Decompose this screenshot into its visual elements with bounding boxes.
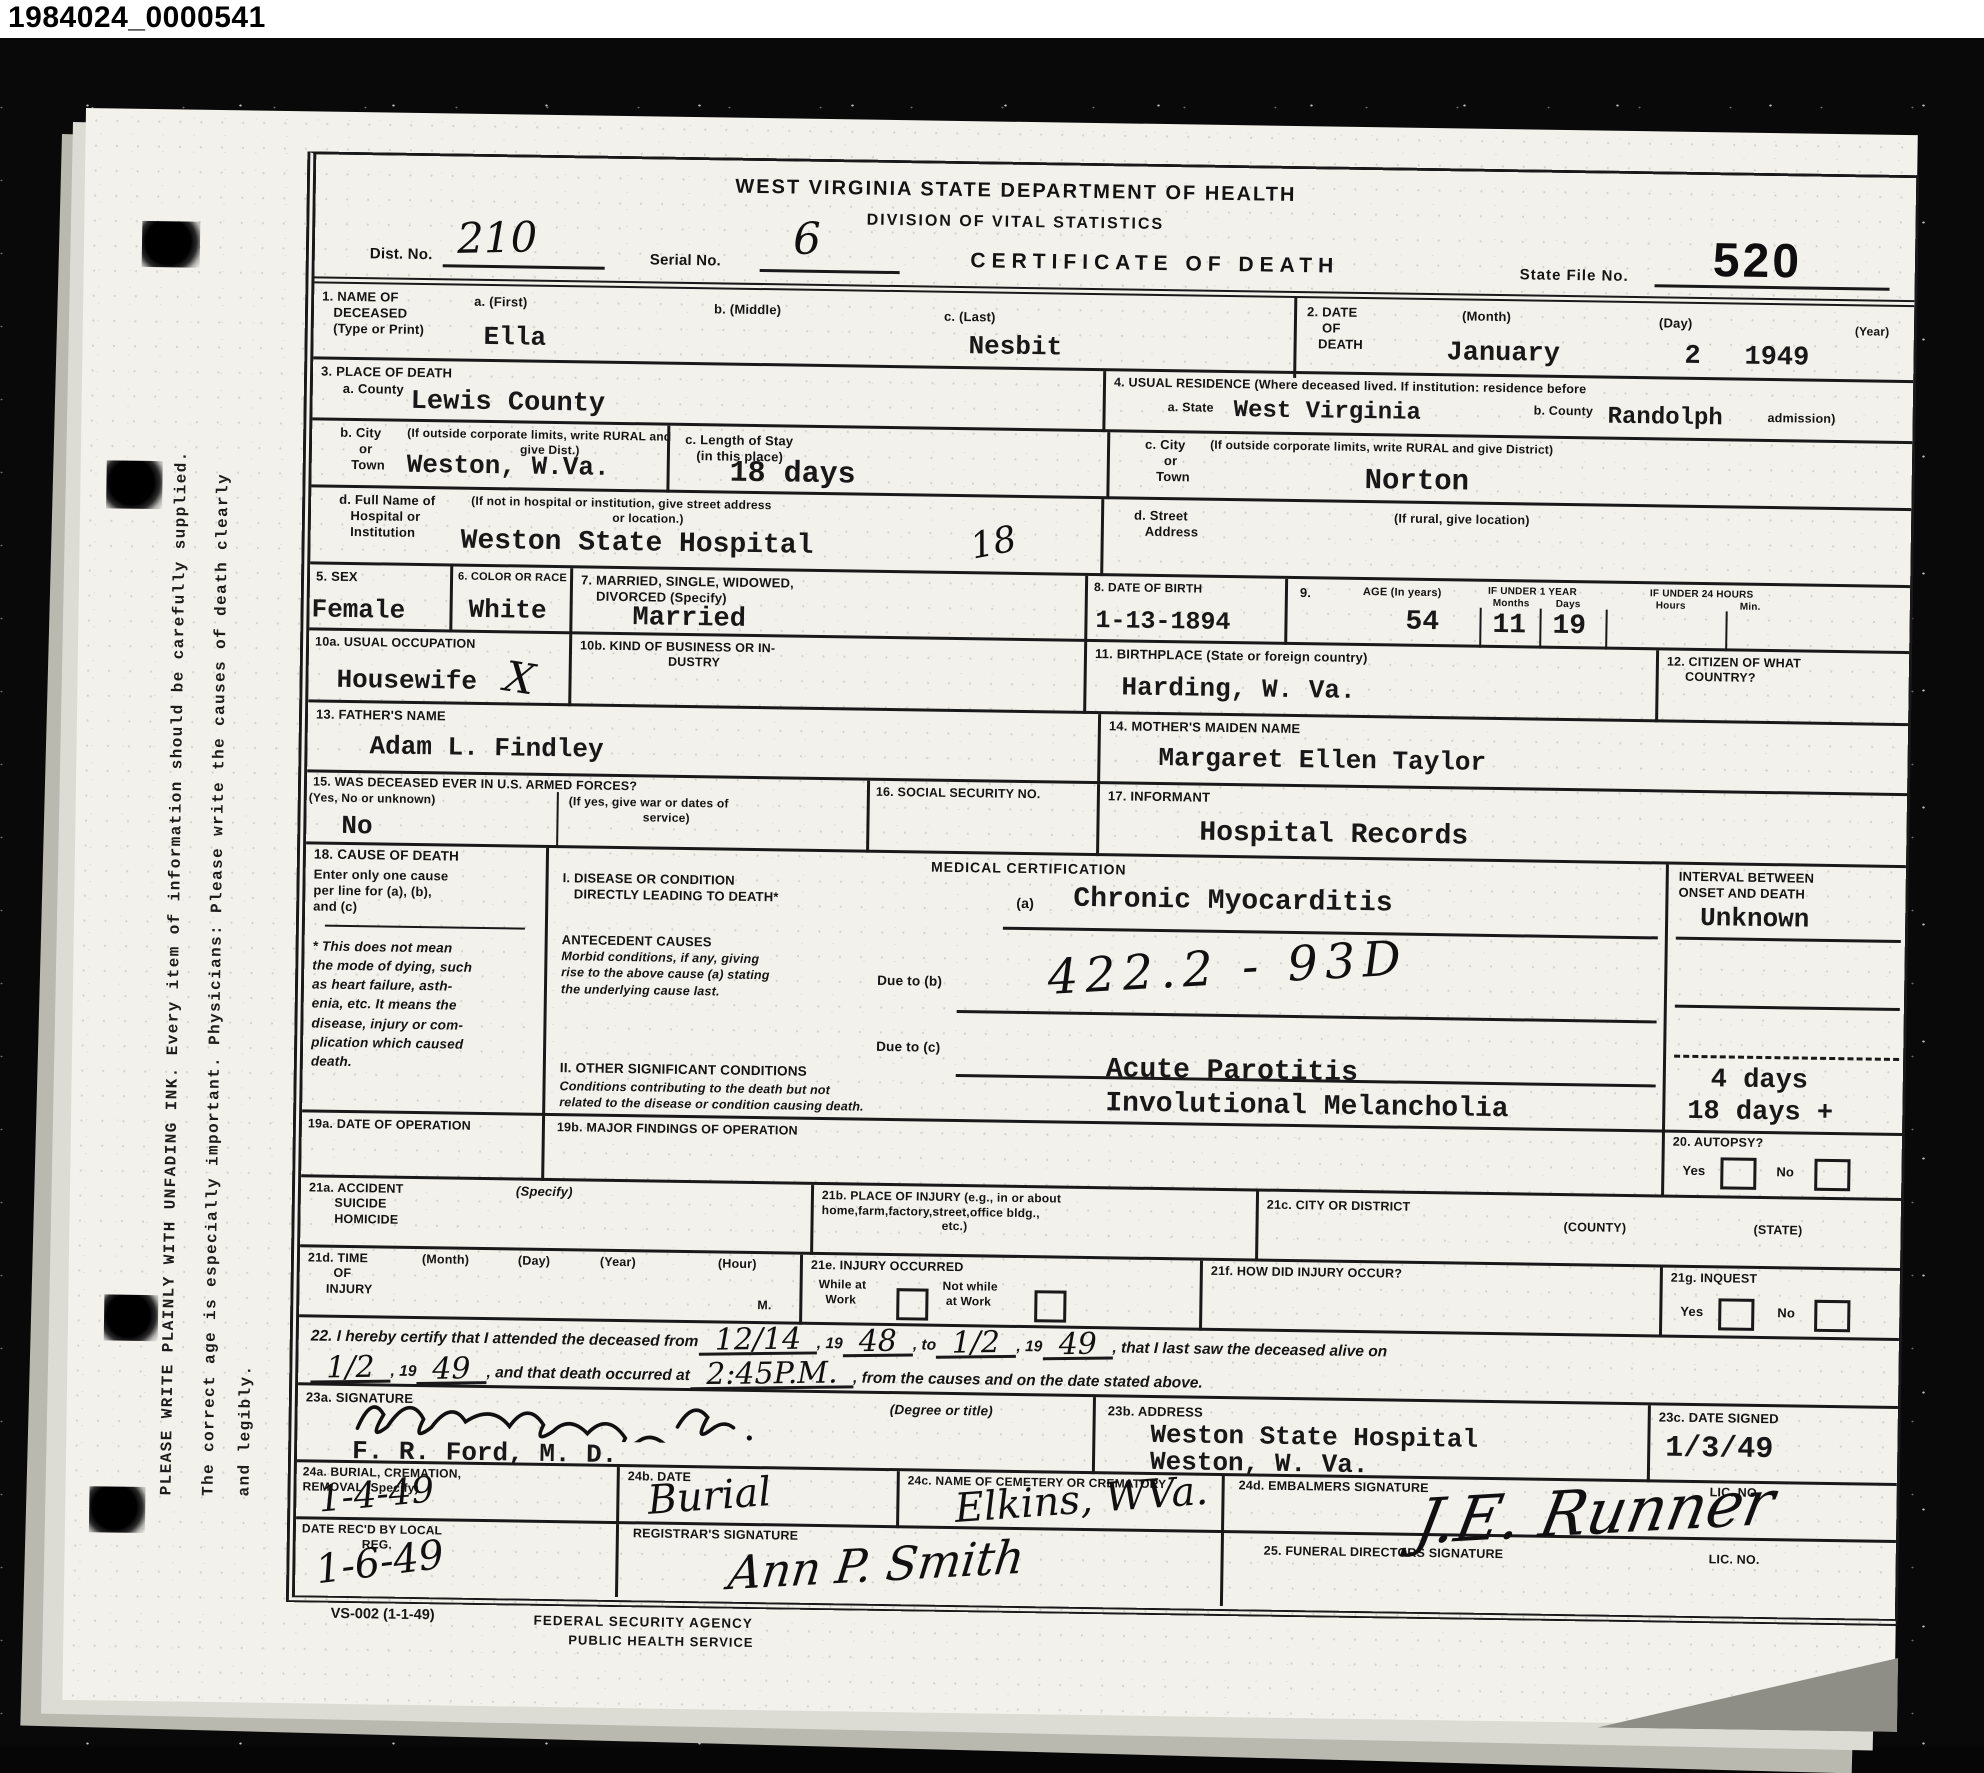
field-11-birthplace: 11. BIRTHPLACE (State or foreign country…: [1083, 642, 1659, 723]
armed-forces-value: No: [341, 813, 373, 839]
marital-label: 7. MARRIED, SINGLE, WIDOWED, DIVORCED (S…: [581, 572, 794, 607]
antecedent-note: Morbid conditions, if any, giving rise t…: [561, 948, 770, 1000]
field-24c-cemetery: 24c. NAME OF CEMETERY OR CREMATORY Elkin…: [896, 1471, 1225, 1533]
row-cause-of-death: 18. CAUSE OF DEATH Enter only one cause …: [302, 841, 1906, 1136]
field-3-label: 3. PLACE OF DEATH: [321, 364, 452, 382]
age-number-label: 9.: [1300, 585, 1311, 601]
state-file-line: [1655, 284, 1890, 290]
serial-no-line: [760, 269, 900, 274]
while-at-work-checkbox: [896, 1288, 928, 1320]
margin-instruction-3: and legibly.: [235, 1354, 255, 1496]
death-county-label: a. County: [343, 381, 404, 398]
while-at-work-label: While at Work: [818, 1277, 866, 1307]
scan-page-label: 1984024_0000541: [8, 1, 266, 35]
other-conditions-note: Conditions contributing to the death but…: [559, 1078, 864, 1115]
death-city: Weston, W.Va.: [407, 452, 610, 481]
other-condition-2: Involutional Melancholia: [1105, 1090, 1509, 1124]
dist-no-line: [443, 264, 605, 269]
age-years: 54: [1405, 609, 1439, 637]
inquest-no-label: No: [1777, 1305, 1795, 1321]
field-18-medical-certification: MEDICAL CERTIFICATION I. DISEASE OR COND…: [542, 848, 1669, 1133]
cause-note-rule: [325, 925, 525, 930]
certificate-title: CERTIFICATE OF DEATH: [895, 247, 1415, 280]
autopsy-yes-checkbox: [1720, 1157, 1756, 1190]
scan-top-strip: 1984024_0000541: [0, 0, 1984, 38]
physician-address-label: 23b. ADDRESS: [1108, 1403, 1203, 1420]
disease-condition-label: I. DISEASE OR CONDITION DIRECTLY LEADING…: [562, 870, 779, 905]
certify-seg-1: 22. I hereby certify that I attended the…: [311, 1327, 699, 1351]
marital-value: Married: [632, 605, 746, 634]
field-24a-burial: 24a. BURIAL, CREMATION, REMOVAL (Specify…: [296, 1462, 617, 1524]
margin-instruction-1: PLEASE WRITE PLAINLY WITH UNFADING INK. …: [157, 277, 193, 1495]
age-days: 19: [1552, 613, 1586, 641]
citizen-label: 12. CITIZEN OF WHAT COUNTRY?: [1667, 655, 1802, 687]
cause-b-line: [957, 1010, 1657, 1023]
dod-day-label: (Day): [1659, 315, 1693, 331]
field-21b-place-of-injury: 21b. PLACE OF INJURY (e.g., in or about …: [810, 1185, 1259, 1262]
field-1-label: 1. NAME OF DECEASED (Type or Print): [322, 289, 425, 338]
degree-title-label: (Degree or title): [890, 1402, 993, 1420]
injury-county-caption: (COUNTY): [1563, 1220, 1626, 1236]
scanner-background: PLEASE WRITE PLAINLY WITH UNFADING INK. …: [0, 38, 1984, 1746]
field-7-marital-status: 7. MARRIED, SINGLE, WIDOWED, DIVORCED (S…: [569, 568, 1088, 642]
burial-date-handwritten: 1-4-49: [317, 1472, 436, 1518]
industry-label: 10b. KIND OF BUSINESS OR IN- DUSTRY: [580, 638, 776, 671]
armed-forces-sub2: (If yes, give war or dates of service): [568, 794, 728, 826]
field-21d-time-of-injury: 21d. TIME OF INJURY (Month) (Day) (Year)…: [299, 1247, 800, 1324]
cause-c-label: Due to (c): [876, 1039, 940, 1056]
informant-value: Hospital Records: [1199, 820, 1468, 852]
dob-value: 1-13-1894: [1095, 608, 1230, 635]
autopsy-no-label: No: [1776, 1164, 1794, 1180]
serial-no-value: 6: [793, 217, 822, 262]
certify-from-year: 48: [843, 1329, 913, 1357]
race-value: White: [468, 597, 546, 624]
age-divider-1: [1479, 608, 1482, 648]
field-19a-date-of-operation: 19a. DATE OF OPERATION: [301, 1112, 542, 1181]
state-file-number: 520: [1713, 233, 1803, 289]
residence-county: Randolph: [1607, 406, 1723, 432]
interval-line-3: [1674, 1055, 1899, 1061]
other-conditions-label: II. OTHER SIGNIFICANT CONDITIONS: [560, 1060, 807, 1080]
middle-name-label: b. (Middle): [714, 301, 781, 318]
inquest-label: 21g. INQUEST: [1671, 1271, 1758, 1288]
days-label: Days: [1556, 599, 1581, 612]
dod-month-label: (Month): [1462, 308, 1511, 325]
dod-year-label: (Year): [1855, 324, 1890, 339]
injury-month-label: (Month): [422, 1252, 469, 1268]
field-18-notes: 18. CAUSE OF DEATH Enter only one cause …: [302, 844, 546, 1116]
interval-other-2: 18 days +: [1687, 1099, 1833, 1128]
autopsy-no-checkbox: [1814, 1159, 1850, 1192]
interval-line-2: [1675, 1005, 1900, 1011]
registrar-signature-handwritten: Ann P. Smith: [726, 1534, 1027, 1597]
institution-label: d. Full Name of Hospital or Institution: [339, 492, 436, 541]
street-address-label: d. Street Address: [1134, 508, 1199, 541]
dod-year: 1949: [1744, 345, 1809, 373]
certify-seg-6: , 19: [390, 1363, 416, 1381]
funeral-director-signature-handwritten: J.E. Runner: [1411, 1471, 1780, 1553]
time-of-injury-label: 21d. TIME OF INJURY: [307, 1250, 373, 1297]
certify-attended-from: 12/14: [698, 1327, 817, 1355]
certify-attended-to: 1/2: [936, 1331, 1017, 1359]
birthplace-label: 11. BIRTHPLACE (State or foreign country…: [1095, 646, 1368, 666]
field-21e-injury-occurred: 21e. INJURY OCCURRED While at Work Not w…: [799, 1255, 1203, 1331]
certificate-form: WEST VIRGINIA STATE DEPARTMENT OF HEALTH…: [286, 151, 1919, 1626]
certify-seg-3: , to: [913, 1336, 937, 1354]
cause-a-label: (a): [1016, 895, 1034, 912]
hole-punch-1: [142, 221, 201, 268]
field-6-color-or-race: 6. COLOR OR RACE White: [449, 566, 573, 634]
injury-occurred-label: 21e. INJURY OCCURRED: [811, 1258, 964, 1276]
field-16-ssn: 16. SOCIAL SECURITY NO.: [866, 781, 1100, 856]
min-label: Min.: [1740, 602, 1761, 614]
residence-city-label: c. City or Town: [1145, 437, 1191, 485]
deceased-first-name: Ella: [483, 324, 546, 351]
residence-county-label: b. County: [1534, 404, 1594, 420]
age-divider-4: [1725, 611, 1728, 651]
last-name-label: c. (Last): [944, 309, 996, 326]
residence-city: Norton: [1364, 466, 1469, 497]
injury-m-label: M.: [757, 1298, 772, 1313]
operation-findings-label: 19b. MAJOR FINDINGS OF OPERATION: [557, 1120, 798, 1139]
accident-specify-label: (Specify): [516, 1183, 573, 1200]
dod-month: January: [1446, 340, 1560, 369]
interval-a-value: Unknown: [1700, 905, 1810, 933]
sex-label: 5. SEX: [316, 568, 358, 584]
age-divider-3: [1605, 610, 1608, 650]
months-label: Months: [1493, 598, 1530, 611]
hole-punch-4: [89, 1486, 146, 1533]
field-12-citizen: 12. CITIZEN OF WHAT COUNTRY?: [1655, 650, 1912, 726]
field-4-label: 4. USUAL RESIDENCE (Where deceased lived…: [1114, 375, 1587, 397]
field-4-label-wrap: admission): [1767, 411, 1835, 427]
age-months: 11: [1492, 612, 1526, 640]
institution-name: Weston State Hospital: [460, 528, 813, 561]
field-20-autopsy: 20. AUTOPSY? Yes No: [1661, 1132, 1905, 1201]
cause-b-label: Due to (b): [877, 973, 942, 990]
field-registrar-signature: REGISTRAR'S SIGNATURE Ann P. Smith: [615, 1524, 1224, 1606]
field-18-interval: INTERVAL BETWEEN ONSET AND DEATH Unknown…: [1662, 865, 1909, 1137]
certify-last-seen-year: 49: [416, 1357, 486, 1385]
injury-year-label: (Year): [600, 1255, 636, 1271]
place-of-injury-label: 21b. PLACE OF INJURY (e.g., in or about …: [821, 1188, 1061, 1235]
occupation-value: Housewife: [336, 667, 477, 695]
armed-forces-sub1: (Yes, No or unknown): [309, 790, 436, 807]
field-2-label: 2. DATE OF DEATH: [1307, 304, 1364, 352]
dist-no-value: 210: [457, 216, 538, 260]
hours-label: Hours: [1656, 600, 1686, 613]
interval-label: INTERVAL BETWEEN ONSET AND DEATH: [1678, 869, 1814, 903]
certify-to-year: 49: [1042, 1332, 1112, 1360]
mother-label: 14. MOTHER'S MAIDEN NAME: [1109, 718, 1301, 737]
stay-value: 18 days: [729, 459, 855, 491]
institution-note: (If not in hospital or institution, give…: [471, 494, 772, 528]
footer-agency: FEDERAL SECURITY AGENCY: [534, 1613, 753, 1631]
accident-label: 21a. ACCIDENT SUICIDE HOMICIDE: [308, 1180, 403, 1227]
inquest-yes-label: Yes: [1680, 1304, 1703, 1320]
occupation-label: 10a. USUAL OCCUPATION: [315, 634, 476, 652]
footer-service: PUBLIC HEALTH SERVICE: [568, 1632, 753, 1650]
dod-day: 2: [1684, 344, 1701, 371]
death-city-label: b. City or Town: [340, 425, 386, 473]
field-21g-inquest: 21g. INQUEST Yes No: [1659, 1267, 1903, 1341]
age-divider-2: [1539, 609, 1542, 649]
injury-city-label: 21c. CITY OR DISTRICT: [1267, 1198, 1411, 1215]
not-while-at-work-label: Not while at Work: [942, 1279, 998, 1309]
father-label: 13. FATHER'S NAME: [316, 706, 446, 724]
hole-punch-3: [104, 1294, 159, 1341]
field-24b-date: 24b. DATE Burial: [616, 1467, 900, 1528]
field-5-sex: 5. SEX Female: [309, 564, 450, 632]
certify-seg-4: , 19: [1016, 1338, 1042, 1356]
burial-type-handwritten: Burial: [646, 1472, 772, 1521]
cause-note-1: Enter only one cause per line for (a), (…: [313, 866, 448, 916]
funeral-director-lic-label: LIC. NO.: [1709, 1552, 1760, 1568]
father-name: Adam L. Findley: [369, 733, 603, 762]
certify-seg-5: , that I last saw the deceased alive on: [1112, 1339, 1387, 1361]
ssn-label: 16. SOCIAL SECURITY NO.: [876, 785, 1041, 803]
paper-corner-fold: [1597, 1654, 1898, 1732]
inquest-yes-checkbox: [1718, 1298, 1754, 1331]
margin-instruction-2: The correct age is especially important.…: [199, 342, 234, 1496]
embalmer-signature-label: 24d. EMBALMERS SIGNATURE: [1239, 1478, 1429, 1496]
first-name-label: a. (First): [474, 294, 528, 311]
autopsy-yes-label: Yes: [1682, 1163, 1705, 1179]
field-21f-how-injury: 21f. HOW DID INJURY OCCUR?: [1199, 1261, 1663, 1338]
field-15-armed-forces: 15. WAS DECEASED EVER IN U.S. ARMED FORC…: [306, 772, 867, 852]
cause-of-death-label: 18. CAUSE OF DEATH: [314, 846, 459, 865]
state-file-label: State File No.: [1520, 266, 1629, 286]
residence-state: West Virginia: [1233, 399, 1421, 426]
certify-seg-8: , from the causes and on the date stated…: [853, 1370, 1203, 1393]
field-10b-industry: 10b. KIND OF BUSINESS OR IN- DUSTRY: [568, 634, 1087, 714]
interval-line-1: [1676, 937, 1901, 943]
death-certificate-paper: PLEASE WRITE PLAINLY WITH UNFADING INK. …: [62, 108, 1917, 1727]
institution-handwritten-18: 18: [968, 521, 1020, 565]
dob-label: 8. DATE OF BIRTH: [1094, 580, 1203, 596]
age-label: AGE (In years): [1363, 586, 1442, 601]
sex-value: Female: [311, 596, 405, 623]
street-address-note: (If rural, give location): [1394, 511, 1530, 528]
injury-hour-label: (Hour): [718, 1257, 757, 1273]
informant-label: 17. INFORMANT: [1108, 788, 1211, 805]
medical-certification-title: MEDICAL CERTIFICATION: [829, 857, 1229, 880]
serial-no-label: Serial No.: [650, 251, 721, 270]
field-8-date-of-birth: 8. DATE OF BIRTH 1-13-1894: [1084, 576, 1288, 645]
certify-seg-2: , 19: [817, 1335, 843, 1353]
dist-no-label: Dist. No.: [370, 245, 433, 264]
injury-day-label: (Day): [518, 1254, 550, 1270]
certify-seg-7: , and that death occurred at: [486, 1364, 690, 1385]
certify-last-seen-date: 1/2: [310, 1356, 391, 1384]
form-header: WEST VIRGINIA STATE DEPARTMENT OF HEALTH…: [315, 154, 1917, 300]
death-county: Lewis County: [410, 389, 605, 419]
field-21a-accident: 21a. ACCIDENT SUICIDE HOMICIDE (Specify): [300, 1177, 811, 1255]
residence-city-note: (If outside corporate limits, write RURA…: [1210, 438, 1553, 458]
form-number: VS-002 (1-1-49): [331, 1606, 435, 1624]
autopsy-label: 20. AUTOPSY?: [1673, 1135, 1764, 1152]
other-condition-1: Acute Parotitis: [1106, 1056, 1358, 1088]
cause-b-handwritten: 422.2 - 93D: [1046, 934, 1409, 1002]
operation-date-label: 19a. DATE OF OPERATION: [308, 1116, 471, 1134]
occupation-handwritten-x: X: [502, 655, 538, 701]
deceased-last-name: Nesbit: [968, 333, 1062, 360]
injury-state-caption: (STATE): [1753, 1223, 1802, 1239]
race-label: 6. COLOR OR RACE: [458, 571, 567, 586]
cause-note-2: * This does not mean the mode of dying, …: [311, 936, 473, 1072]
cause-a-value: Chronic Myocarditis: [1073, 886, 1393, 919]
mother-name: Margaret Ellen Taylor: [1158, 745, 1486, 776]
field-3c-length-of-stay: c. Length of Stay (in this place) 18 day…: [666, 426, 1110, 500]
department-title: WEST VIRGINIA STATE DEPARTMENT OF HEALTH: [486, 171, 1546, 211]
hole-punch-2: [106, 460, 163, 509]
division-title: DIVISION OF VITAL STATISTICS: [485, 205, 1545, 240]
not-while-at-work-checkbox: [1034, 1290, 1066, 1322]
inquest-no-checkbox: [1814, 1300, 1850, 1333]
field-date-received: DATE REC'D BY LOCAL REG. 1-6-49: [295, 1519, 616, 1597]
date-signed-value: 1/3/49: [1665, 1434, 1773, 1466]
how-injury-label: 21f. HOW DID INJURY OCCUR?: [1211, 1264, 1403, 1282]
residence-state-label: a. State: [1168, 400, 1214, 416]
interval-other-1: 4 days: [1711, 1067, 1809, 1095]
date-signed-label: 23c. DATE SIGNED: [1659, 1409, 1779, 1427]
certify-death-time: 2:45P.M.: [690, 1361, 854, 1390]
armed-forces-divider: [556, 792, 559, 848]
field-10a-occupation: 10a. USUAL OCCUPATION Housewife X: [308, 630, 569, 706]
registrar-signature-label: REGISTRAR'S SIGNATURE: [633, 1526, 799, 1544]
birthplace-value: Harding, W. Va.: [1121, 674, 1355, 703]
field-3b-city: b. City or Town (If outside corporate li…: [311, 420, 667, 492]
